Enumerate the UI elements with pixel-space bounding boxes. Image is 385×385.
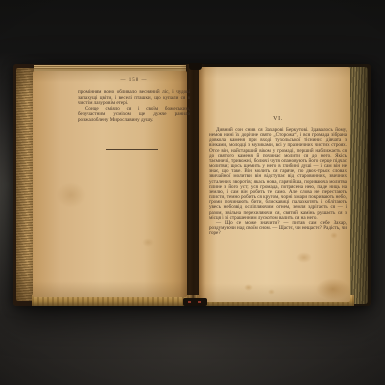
paragraph: — Що се може значити? — питав сам себе З… (209, 221, 347, 236)
spine-stitching (183, 298, 207, 306)
spine-top-notch (189, 63, 202, 70)
right-page-text: Дивний сон снив ся Захарові Беркутові. З… (209, 128, 347, 236)
chapter-heading: VI. (209, 116, 347, 122)
photo-background: — 158 — промінням воно обливало весняний… (0, 0, 385, 385)
left-page-text: промінням воно обливало весняний ліс, і … (78, 90, 190, 123)
chapter-end-divider (106, 149, 158, 150)
paragraph-continued: промінням воно обливало весняний ліс, і … (78, 90, 190, 107)
right-fore-edge-pages (349, 67, 368, 304)
paragraph-final: Сонце сміяло ся і своїм божеським, безуч… (78, 107, 190, 124)
stitch-thread (198, 301, 201, 303)
paragraph: Дивний сон снив ся Захарові Беркутові. З… (209, 128, 347, 221)
stitch-thread (188, 301, 191, 303)
left-page-number: — 158 — (78, 78, 190, 83)
